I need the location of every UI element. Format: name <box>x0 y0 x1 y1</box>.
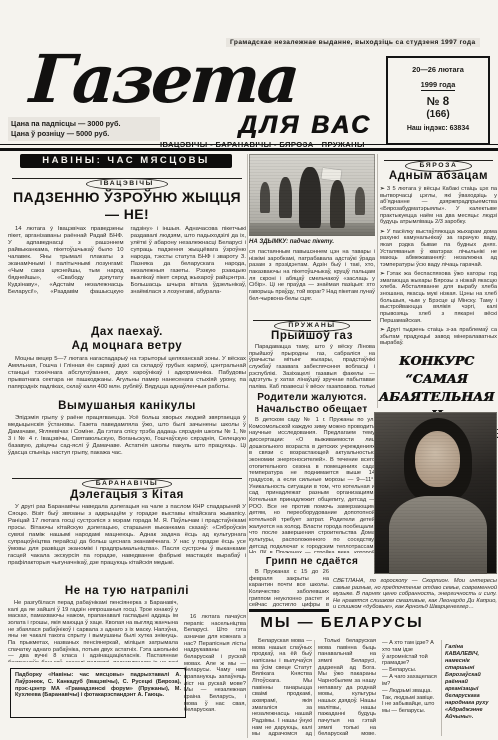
title-line1: Дах паехаў. <box>8 326 246 340</box>
title-line2: Начальство обещает <box>249 404 375 416</box>
poem-line: — Людзьмі звацца. <box>382 688 438 695</box>
column-rule <box>247 154 248 738</box>
poem-line: — А хто там ідзе? А <box>382 640 438 647</box>
author-signature: Галіна КАВАЛЕВІЧ, намеснік старшыні Бяро… <box>445 644 497 736</box>
contest-line2: АБАЯТЕЛЬНАЯ <box>376 388 497 406</box>
article-title-my-belarusy: МЫ — БЕЛАРУСЫ <box>252 614 432 631</box>
town-tag-pruzhany: ПРУЖАНЫ <box>249 314 375 328</box>
article-body-dakh: Моцны вецер 5—7 лютага нагаспадарыў на т… <box>8 356 246 398</box>
arrow-bullet-icon: ➢ <box>380 229 385 235</box>
contest-line1: КОНКУРС “САМАЯ <box>376 352 497 388</box>
news-brief: ➢У пасёлку выстаўляюцца жыхарам дома рах… <box>380 229 497 269</box>
news-brief-text: Другі тыдзень стаіць з-за праблемаў са з… <box>380 327 497 346</box>
photo-grain <box>249 154 375 236</box>
article-title-natrapili: Не на тую натрапілі <box>8 585 246 599</box>
arrow-bullet-icon: ➢ <box>380 271 385 277</box>
price-box: Цана па падпісцы — 3000 руб. Цана ў розн… <box>8 117 160 141</box>
issue-number: № 8 <box>388 96 488 108</box>
article-title-padzennyu: ПАДЗЕННЮ ЎЗРОЎНЮ ЖЫЦЦЯ — НЕ! <box>8 189 246 223</box>
masthead-subtitle: ДЛЯ ВАС <box>190 111 372 140</box>
arrow-bullet-icon: ➢ <box>380 327 385 333</box>
news-brief-text: З 5 лютага ў вёсцы Кабакі стаіць цэх па … <box>380 186 497 225</box>
price-subscription: Цана па падпісцы — 3000 руб. <box>11 119 157 129</box>
contestant-photo-caption: СВЕТЛАНА, по гороскопу — Скорпион. Мои и… <box>333 578 497 612</box>
issue-dates: 20—26 лютага <box>388 65 488 74</box>
column-rule <box>441 640 442 736</box>
section-banner: НАВІНЫ: ЧАС МЯСЦОВЫ <box>20 154 232 168</box>
kupala-poem: — А хто там ідзе? А хто там ідзе ў агром… <box>382 640 438 732</box>
news-brief-text: Гэтак жа беспаспяхова ўжо каторы год зма… <box>380 271 497 324</box>
news-brief: ➢Гэтак жа беспаспяхова ўжо каторы год зм… <box>380 271 497 324</box>
poem-line: І не забывайце, што <box>382 701 438 708</box>
title-line1: Родители жалуются. <box>249 392 375 404</box>
article-body-padzennyu-cont: ся пастаянным павышэннем цэн на тавары і… <box>249 249 375 311</box>
masthead-rule <box>0 144 498 151</box>
issue-year: 1999 года <box>421 80 456 91</box>
article-body-kanikuly: Эпідэмія грыпу ў раёне працягваецца. Усё… <box>8 415 246 469</box>
article-title-roditeli: Родители жалуются. Начальство обещает <box>249 392 375 416</box>
article-title-abzatsam: Адным абзацам <box>380 170 497 184</box>
picket-photo <box>249 154 375 236</box>
article-body-delegatsyya: У другі раз Баранавічы наведала дэлегацы… <box>8 504 246 582</box>
article-title-haz: Прыйшоў газ <box>249 330 375 344</box>
credit-box: Падборку «Навіны: час мясцовы» падрыхтав… <box>10 668 186 718</box>
my-belarusy-col1: Беларуская мова — мова нашых слаўных про… <box>252 638 312 736</box>
article-body-gripp: В Пружанах с 15 до 26 февраля закрыты на… <box>249 569 329 611</box>
perapis-intro-column: 16 лютага пачаўся перапіс насельніцтва Б… <box>184 614 246 736</box>
photo-grain <box>374 412 497 574</box>
article-body-abzatsam: ➢З 5 лютага ў вёсцы Кабакі стаіць цэх па… <box>380 186 497 346</box>
news-brief: ➢З 5 лютага ў вёсцы Кабакі стаіць цэх па… <box>380 186 497 226</box>
contestant-photo <box>374 412 497 574</box>
arrow-bullet-icon: ➢ <box>380 186 385 192</box>
masthead-title: Газета <box>28 46 353 112</box>
poem-line: — Беларусы. <box>382 667 438 674</box>
picket-photo-caption: НА ЗДЫМКУ: падчас пікету. <box>249 239 375 245</box>
town-tag-baranavichy: БАРАНАВІЧЫ <box>8 472 246 486</box>
article-title-gripp: Грипп не сдаётся <box>249 556 375 568</box>
article-title-dakh: Дах паехаў. Ад моцнага ветру <box>8 326 246 354</box>
price-retail: Цана ў розніцу — 5000 руб. <box>11 129 157 139</box>
my-belarusy-col2: Толькі беларуская мова павінна быць пана… <box>318 638 376 736</box>
poem-line: ў агромністай той <box>382 654 438 661</box>
section-rule <box>249 609 329 612</box>
poem-line: — А чаго захацелася ім? <box>382 674 438 688</box>
poem-line: мы — беларусы. <box>382 708 438 715</box>
issue-box: 20—26 лютага 1999 года № 8 (166) Наш інд… <box>386 56 490 145</box>
issue-index: Наш індэкс: 63834 <box>388 125 488 132</box>
newspaper-page: Грамадскае незалежнае выданне, выходзіць… <box>0 0 498 740</box>
article-title-delegatsyya: Дэлегацыя з Кітая <box>8 489 246 503</box>
title-line2: Ад моцнага ветру <box>8 340 246 354</box>
issue-number-paren: (166) <box>388 109 488 120</box>
town-tag-ivatsevichy: ІВАЦЭВІЧЫ <box>8 172 246 186</box>
article-body-natrapili: Не разгубілася перад рабаўнікамі пенсіян… <box>8 600 178 662</box>
article-body-haz: Парадавацца таму, што ў вёску Лінова пры… <box>249 344 375 388</box>
news-brief: ➢Другі тыдзень стаіць з-за праблемаў са … <box>380 327 497 346</box>
article-body-padzennyu: 14 лютага ў Івацэвічах праведзены пікет,… <box>8 226 246 322</box>
article-title-kanikuly: Вымушаныя канікулы <box>8 400 246 414</box>
poem-line: грамадзе? <box>382 660 438 667</box>
poem-line: хто там ідзе <box>382 647 438 654</box>
news-brief-text: У пасёлку выстаўляюцца жыхарам дома раху… <box>380 229 497 268</box>
article-body-roditeli: В детском саду № 1 г. Пружаны по ул. Ком… <box>249 417 375 553</box>
town-tag-biaroza: БЯРОЗА <box>380 154 497 168</box>
column-rule <box>314 640 315 736</box>
